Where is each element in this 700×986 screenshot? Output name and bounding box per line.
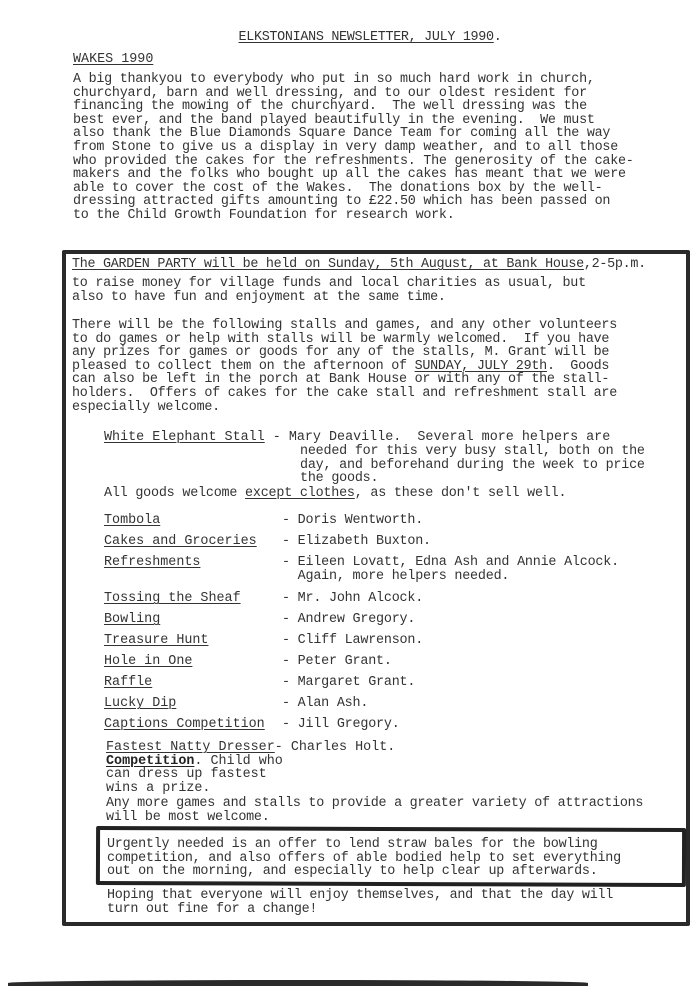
garden-party-heading-text: The GARDEN PARTY will be held on Sunday,… — [72, 257, 584, 272]
natty-dresser-entry: Fastest Natty Dresser- Charles Holt. Com… — [106, 741, 395, 795]
stall-person: - Margaret Grant. — [282, 676, 415, 690]
wakes-heading: WAKES 1990 — [73, 53, 153, 67]
garden-party-heading: The GARDEN PARTY will be held on Sunday,… — [72, 258, 646, 272]
newsletter-title-text: ELKSTONIANS NEWSLETTER, JULY 1990 — [238, 30, 493, 45]
more-games-note: Any more games and stalls to provide a g… — [106, 797, 643, 824]
all-goods-note: All goods welcome except clothes, as the… — [104, 487, 566, 501]
stall-person: - Peter Grant. — [282, 655, 392, 669]
stall-label: Tossing the Sheaf — [104, 592, 241, 606]
stall-person: - Jill Gregory. — [282, 718, 400, 732]
all-goods-suffix: , as these don't sell well. — [355, 486, 567, 501]
stall-person: - Elizabeth Buxton. — [282, 535, 431, 549]
white-elephant-person: - Mary Deaville. Several more helpers ar… — [265, 430, 611, 445]
stall-person: - Cliff Lawrenson. — [282, 634, 423, 648]
all-goods-prefix: All goods welcome — [104, 486, 245, 501]
stall-person: - Mr. John Alcock. — [282, 592, 423, 606]
stall-person: - Andrew Gregory. — [282, 613, 415, 627]
stall-label: Bowling — [104, 613, 160, 627]
closing-note: Hoping that everyone will enjoy themselv… — [107, 889, 613, 916]
urgent-note: Urgently needed is an offer to lend stra… — [107, 838, 621, 879]
garden-party-intro: to raise money for village funds and loc… — [72, 277, 586, 304]
white-elephant-label: White Elephant Stall — [104, 430, 265, 445]
stall-label: Lucky Dip — [104, 697, 176, 711]
natty-dresser-detail: can dress up fastest wins a prize. — [106, 767, 267, 796]
stall-label: Raffle — [104, 676, 152, 690]
natty-dresser-person: - Charles Holt. — [275, 740, 396, 755]
white-elephant-detail: needed for this very busy stall, both on… — [300, 445, 645, 486]
stall-label: Refreshments — [104, 556, 200, 570]
wakes-body: A big thankyou to everybody who put in s… — [73, 73, 673, 223]
stall-label: Cakes and Groceries — [104, 535, 257, 549]
stall-label: Captions Competition — [104, 718, 265, 732]
stall-label: Hole in One — [104, 655, 192, 669]
newsletter-title: ELKSTONIANS NEWSLETTER, JULY 1990. — [0, 31, 700, 45]
stall-person: - Doris Wentworth. — [282, 514, 423, 528]
stall-label: Treasure Hunt — [104, 634, 208, 648]
white-elephant-entry: White Elephant Stall - Mary Deaville. Se… — [104, 431, 610, 445]
stall-person: - Alan Ash. — [282, 697, 368, 711]
stalls-intro: There will be the following stalls and g… — [72, 319, 617, 414]
stall-person: - Eileen Lovatt, Edna Ash and Annie Alco… — [282, 556, 619, 583]
garden-party-time: ,2-5p.m. — [584, 257, 646, 272]
stall-label: Tombola — [104, 514, 160, 528]
except-clothes: except clothes — [245, 486, 355, 501]
page-edge-shadow — [8, 980, 588, 986]
newsletter-title-period: . — [494, 30, 502, 45]
